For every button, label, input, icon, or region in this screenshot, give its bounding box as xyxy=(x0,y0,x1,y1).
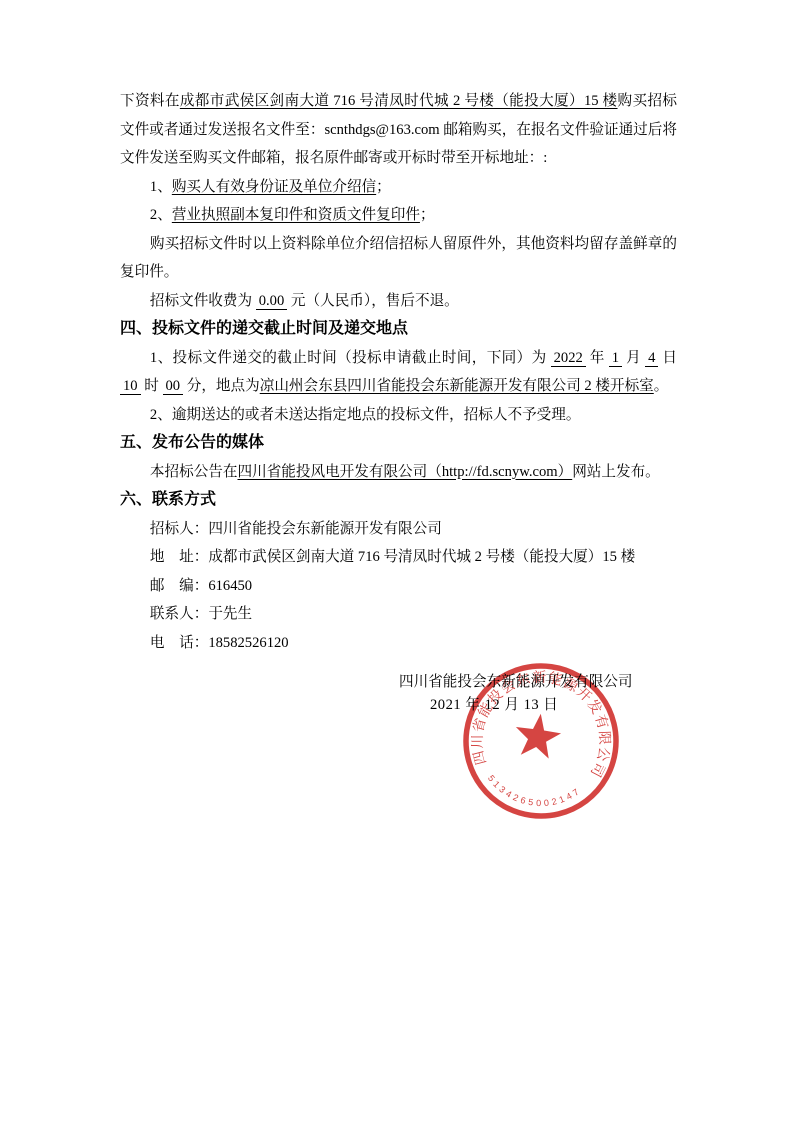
email-address: scnthdgs@163.com xyxy=(324,122,439,138)
list-item-1: 1、购买人有效身份证及单位介绍信； xyxy=(120,173,677,202)
company-seal: 四川省能投会东新能源开发有限公司 5134265002147 xyxy=(454,650,628,830)
paragraph-media: 本招标公告在四川省能投风电开发有限公司（http://fd.scnyw.com）… xyxy=(120,458,677,487)
purchase-address: 成都市武侯区剑南大道 716 号清凤时代城 2 号楼（能投大厦）15 楼 xyxy=(180,93,618,109)
contact-label: 招标人： xyxy=(150,521,208,537)
seal-company-text: 四川省能投会东新能源开发有限公司 xyxy=(464,659,622,785)
paragraph-copy-rule: 购买招标文件时以上资料除单位介绍信招标人留原件外，其他资料均留存盖鲜章的复印件。 xyxy=(120,230,677,287)
document-page: 下资料在成都市武侯区剑南大道 716 号清凤时代城 2 号楼（能投大厦）15 楼… xyxy=(0,0,794,1123)
deadline-year: 2022 xyxy=(551,350,586,367)
deadline-month: 1 xyxy=(609,350,622,367)
contact-row-postcode: 邮 编：616450 xyxy=(120,572,677,601)
paragraph-text: 时 xyxy=(141,378,163,394)
deadline-minute: 00 xyxy=(163,378,184,395)
contact-label: 电 话： xyxy=(150,635,208,651)
deadline-hour: 10 xyxy=(120,378,141,395)
contact-value: 成都市武侯区剑南大道 716 号清凤时代城 2 号楼（能投大厦）15 楼 xyxy=(208,549,635,565)
contact-value: 四川省能投会东新能源开发有限公司 xyxy=(208,521,442,537)
paragraph-text: 本招标公告在 xyxy=(150,464,238,480)
paragraph-text: 招标文件收费为 xyxy=(150,293,256,309)
paragraph-text: 网站上发布。 xyxy=(572,464,660,480)
contact-row-tenderer: 招标人：四川省能投会东新能源开发有限公司 xyxy=(120,515,677,544)
paragraph-fee: 招标文件收费为 0.00 元（人民币），售后不退。 xyxy=(120,287,677,316)
paragraph-text: 元（人民币），售后不退。 xyxy=(287,293,458,309)
section6-heading: 六、联系方式 xyxy=(120,486,677,515)
list-item-text: 营业执照副本复印件和资质文件复印件 xyxy=(172,207,420,223)
paragraph-deadline: 1、投标文件递交的截止时间（投标申请截止时间，下同）为 2022 年 1 月 4… xyxy=(120,344,677,401)
paragraph-text: 年 xyxy=(586,350,609,366)
contact-value: 18582526120 xyxy=(208,635,288,651)
list-item-punct: ； xyxy=(376,179,391,195)
fee-amount: 0.00 xyxy=(256,293,288,310)
paragraph-text: 。 xyxy=(654,378,669,394)
deadline-day: 4 xyxy=(645,350,658,367)
list-number: 2、 xyxy=(150,207,172,223)
paragraph-text: 分，地点为 xyxy=(183,378,260,394)
paragraph-text: 1、投标文件递交的截止时间（投标申请截止时间，下同）为 xyxy=(150,350,551,366)
contact-row-person: 联系人：于先生 xyxy=(120,600,677,629)
list-item-text: 购买人有效身份证及单位介绍信 xyxy=(172,179,376,195)
contact-label: 联系人： xyxy=(150,606,208,622)
section5-heading: 五、发布公告的媒体 xyxy=(120,429,677,458)
contact-row-address: 地 址：成都市武侯区剑南大道 716 号清凤时代城 2 号楼（能投大厦）15 楼 xyxy=(120,543,677,572)
paragraph-text: 日 xyxy=(658,350,677,366)
paragraph-late-submission: 2、逾期送达的或者未送达指定地点的投标文件，招标人不予受理。 xyxy=(120,401,677,430)
document-body: 下资料在成都市武侯区剑南大道 716 号清凤时代城 2 号楼（能投大厦）15 楼… xyxy=(120,87,677,657)
paragraph-purchase-info: 下资料在成都市武侯区剑南大道 716 号清凤时代城 2 号楼（能投大厦）15 楼… xyxy=(120,87,677,173)
list-item-punct: ； xyxy=(420,207,435,223)
submission-place: 凉山州会东县四川省能投会东新能源开发有限公司 2 楼开标室 xyxy=(260,378,654,394)
paragraph-text: 下资料在 xyxy=(120,93,180,109)
contact-value: 于先生 xyxy=(208,606,252,622)
section4-heading: 四、投标文件的递交截止时间及递交地点 xyxy=(120,315,677,344)
list-item-2: 2、营业执照副本复印件和资质文件复印件； xyxy=(120,201,677,230)
announcement-website: 四川省能投风电开发有限公司（http://fd.scnyw.com） xyxy=(238,464,573,480)
contact-label: 邮 编： xyxy=(150,578,208,594)
contact-value: 616450 xyxy=(208,578,252,594)
star-icon xyxy=(512,711,563,760)
contact-label: 地 址： xyxy=(150,549,208,565)
paragraph-text: 月 xyxy=(622,350,645,366)
list-number: 1、 xyxy=(150,179,172,195)
